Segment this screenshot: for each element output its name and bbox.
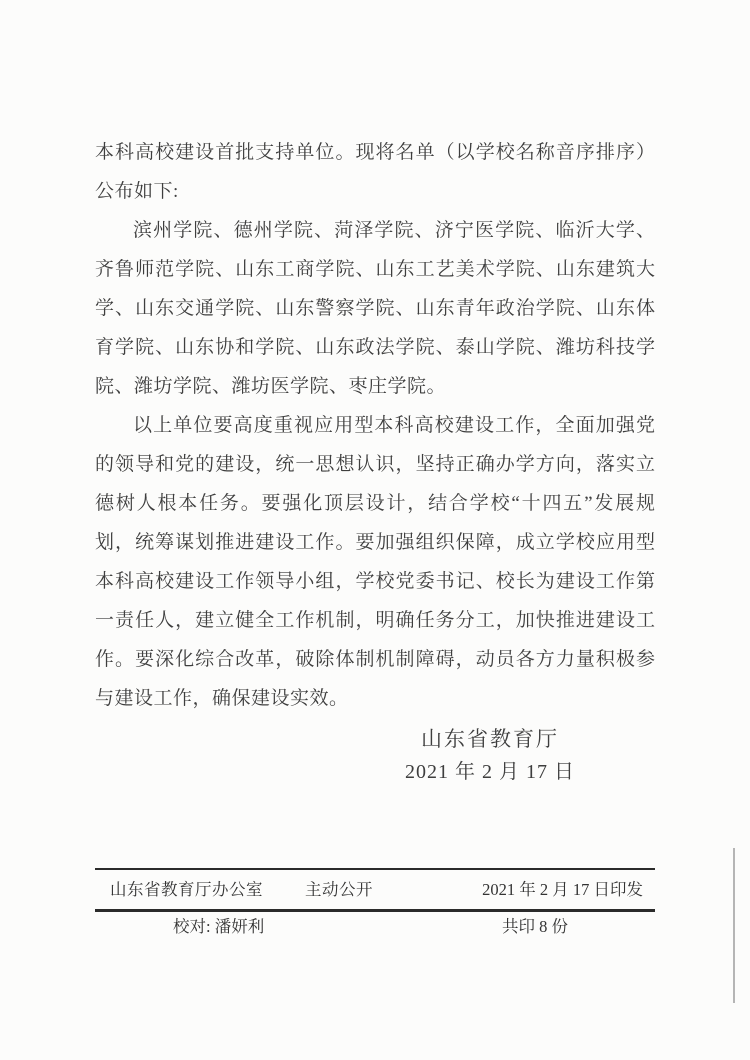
body-line: 德树人根本任务。要强化顶层设计，结合学校“十四五”发展规 xyxy=(95,484,655,523)
body-line: 公布如下: xyxy=(95,172,655,211)
body-line: 划，统筹谋划推进建设工作。要加强组织保障，成立学校应用型 xyxy=(95,523,655,562)
body-line: 作。要深化综合改革，破除体制机制障碍，动员各方力量积极参 xyxy=(95,640,655,679)
body-line: 滨州学院、德州学院、菏泽学院、济宁医学院、临沂大学、 xyxy=(95,211,655,250)
copies-count: 共印 8 份 xyxy=(502,912,568,942)
print-date: 2021 年 2 月 17 日印发 xyxy=(482,870,643,909)
publicity-type: 主动公开 xyxy=(305,870,373,909)
body-line: 本科高校建设首批支持单位。现将名单（以学校名称音序排序） xyxy=(95,133,655,172)
body-line: 以上单位要高度重视应用型本科高校建设工作，全面加强党 xyxy=(95,406,655,445)
proofreader: 校对: 潘妍利 xyxy=(173,912,264,942)
scan-artifact-line xyxy=(733,848,735,1003)
body-line: 本科高校建设工作领导小组，学校党委书记、校长为建设工作第 xyxy=(95,562,655,601)
colophon: 山东省教育厅办公室 主动公开 2021 年 2 月 17 日印发 校对: 潘妍利… xyxy=(95,868,655,942)
issuer-name: 山东省教育厅 xyxy=(340,722,640,756)
body-line: 齐鲁师范学院、山东工商学院、山东工艺美术学院、山东建筑大 xyxy=(95,250,655,289)
document-page: 本科高校建设首批支持单位。现将名单（以学校名称音序排序） 公布如下: 滨州学院、… xyxy=(0,0,750,1060)
body-line: 育学院、山东协和学院、山东政法学院、泰山学院、潍坊科技学 xyxy=(95,328,655,367)
signature-block: 山东省教育厅 2021 年 2 月 17 日 xyxy=(340,722,640,789)
colophon-row-2: 校对: 潘妍利 共印 8 份 xyxy=(95,912,655,942)
body-line: 与建设工作，确保建设实效。 xyxy=(95,679,655,718)
issuing-office: 山东省教育厅办公室 xyxy=(110,870,263,909)
body-line: 一责任人，建立健全工作机制，明确任务分工，加快推进建设工 xyxy=(95,601,655,640)
body-line: 院、潍坊学院、潍坊医学院、枣庄学院。 xyxy=(95,367,655,406)
document-body: 本科高校建设首批支持单位。现将名单（以学校名称音序排序） 公布如下: 滨州学院、… xyxy=(95,133,655,718)
body-line: 的领导和党的建设，统一思想认识，坚持正确办学方向，落实立 xyxy=(95,445,655,484)
body-line: 学、山东交通学院、山东警察学院、山东青年政治学院、山东体 xyxy=(95,289,655,328)
colophon-row-1: 山东省教育厅办公室 主动公开 2021 年 2 月 17 日印发 xyxy=(95,870,655,909)
issue-date: 2021 年 2 月 17 日 xyxy=(340,756,640,789)
